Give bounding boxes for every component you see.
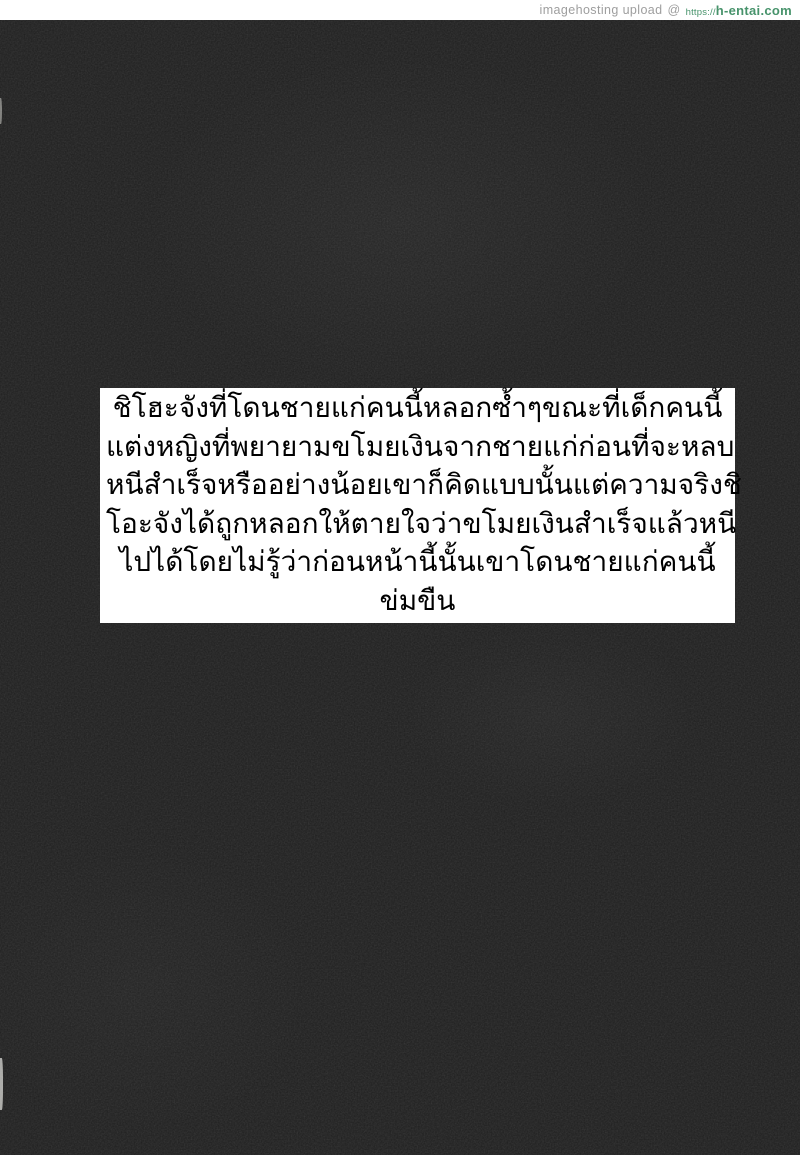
imagehost-label: imagehosting upload (540, 3, 663, 17)
caption-line: ข่มขืน (106, 583, 729, 622)
caption-box: ชิโฮะจังที่โดนชายแก่คนนี้หลอกซ้ำๆขณะที่เ… (100, 388, 735, 623)
caption-line: ไปได้โดยไม่รู้ว่าก่อนหน้านี้นั้นเขาโดนชา… (106, 544, 729, 583)
caption-line: แต่งหญิงที่พยายามขโมยเงินจากชายแก่ก่อนที… (106, 429, 729, 468)
at-symbol: @ (668, 3, 681, 17)
domain-text: h-entai.com (716, 3, 792, 18)
scan-light-patch (140, 50, 660, 390)
caption-line: หนีสำเร็จหรืออย่างน้อยเขาก็คิดแบบนั้นแต่… (106, 467, 729, 506)
paper-edge-artifact (0, 1058, 3, 1110)
paper-edge-artifact (0, 98, 2, 124)
scan-light-patch (400, 620, 700, 810)
protocol-text: https:// (686, 7, 716, 18)
site-link[interactable]: https://h-entai.com (686, 3, 792, 18)
caption-line: โอะจังได้ถูกหลอกให้ตายใจว่าขโมยเงินสำเร็… (106, 506, 729, 545)
manga-page-image: ชิโฮะจังที่โดนชายแก่คนนี้หลอกซ้ำๆขณะที่เ… (0, 20, 800, 1155)
caption-line: ชิโฮะจังที่โดนชายแก่คนนี้หลอกซ้ำๆขณะที่เ… (106, 390, 729, 429)
screen: imagehosting upload @ https://h-entai.co… (0, 0, 800, 1155)
scan-light-patch (0, 840, 320, 1140)
imagehost-topbar: imagehosting upload @ https://h-entai.co… (0, 0, 800, 20)
